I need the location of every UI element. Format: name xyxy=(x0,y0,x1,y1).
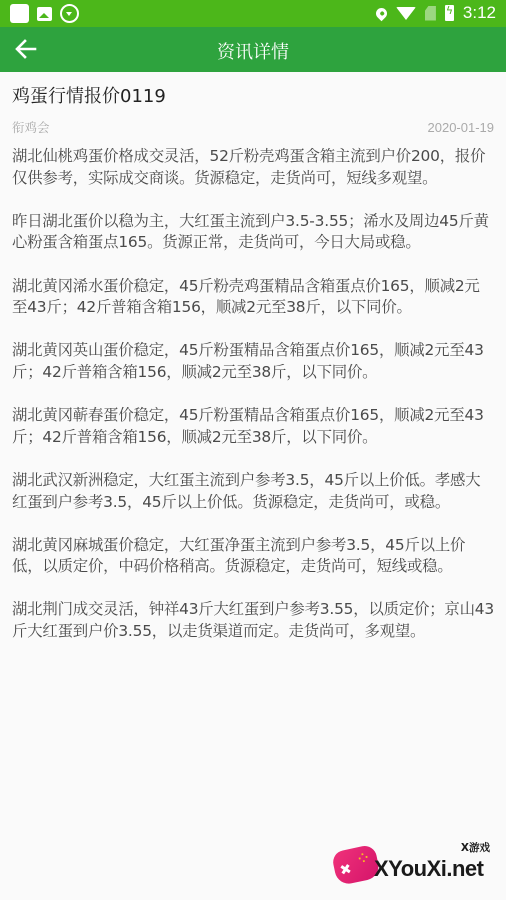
article-paragraph: 湖北仙桃鸡蛋价格成交灵活，52斤粉壳鸡蛋含箱主流到户价200，报价仅供参考，实际… xyxy=(12,146,494,189)
article-source: 衔鸡会 xyxy=(12,120,50,136)
status-bar-system: 3:12 xyxy=(376,3,496,23)
article-content: 鸡蛋行情报价0119 衔鸡会 2020-01-19 湖北仙桃鸡蛋价格成交灵活，5… xyxy=(0,72,506,664)
article-title: 鸡蛋行情报价0119 xyxy=(12,85,494,109)
image-icon xyxy=(37,7,52,21)
article-paragraph: 湖北黄冈浠水蛋价稳定，45斤粉壳鸡蛋精品含箱蛋点价165，顺减2元至43斤；42… xyxy=(12,276,494,319)
article-paragraph: 昨日湖北蛋价以稳为主，大红蛋主流到户3.5-3.55；浠水及周边45斤黄心粉蛋含… xyxy=(12,211,494,254)
download-icon xyxy=(60,4,79,23)
article-paragraph: 湖北武汉新洲稳定，大红蛋主流到户参考3.5，45斤以上价低。孝感大红蛋到户参考3… xyxy=(12,470,494,513)
toolbar: 资讯详情 xyxy=(0,27,506,72)
location-icon xyxy=(374,5,390,21)
status-bar-notifications xyxy=(10,4,79,23)
article-paragraph: 湖北黄冈蕲春蛋价稳定，45斤粉蛋精品含箱蛋点价165，顺减2元至43斤；42斤普… xyxy=(12,405,494,448)
watermark-sub: X游戏 xyxy=(461,840,490,855)
article-meta: 衔鸡会 2020-01-19 xyxy=(12,120,494,136)
no-sim-icon xyxy=(425,6,436,21)
watermark: X游戏 XYouXi.net xyxy=(326,834,496,892)
page-title: 资讯详情 xyxy=(0,38,506,64)
article-paragraph: 湖北黄冈麻城蛋价稳定，大红蛋净蛋主流到户参考3.5，45斤以上价低，以质定价，中… xyxy=(12,535,494,578)
app-notification-icon xyxy=(10,4,29,23)
article-paragraph: 湖北黄冈英山蛋价稳定，45斤粉蛋精品含箱蛋点价165，顺减2元至43斤；42斤普… xyxy=(12,340,494,383)
wifi-icon xyxy=(396,7,416,20)
status-bar: 3:12 xyxy=(0,0,506,27)
watermark-text: XYouXi.net xyxy=(374,856,484,882)
article-date: 2020-01-19 xyxy=(428,120,495,136)
clock: 3:12 xyxy=(463,3,496,23)
battery-charging-icon xyxy=(445,5,454,21)
article-body: 湖北仙桃鸡蛋价格成交灵活，52斤粉壳鸡蛋含箱主流到户价200，报价仅供参考，实际… xyxy=(12,146,494,643)
article-paragraph: 湖北荆门成交灵活，钟祥43斤大红蛋到户参考3.55，以质定价；京山43斤大红蛋到… xyxy=(12,599,494,642)
